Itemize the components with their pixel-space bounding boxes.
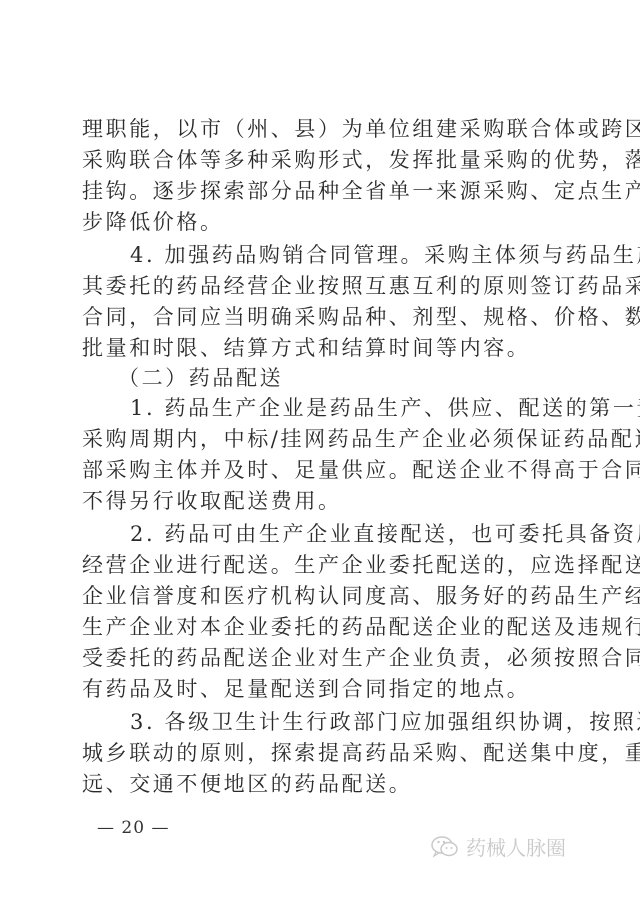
text-line: 其委托的药品经营企业按照互惠互利的原则签订药品采购电子	[82, 271, 558, 301]
text-line: 生产企业对本企业委托的药品配送企业的配送及违规行为负责。	[82, 612, 558, 642]
text-line: 4. 加强药品购销合同管理。采购主体须与药品生产企业或	[130, 240, 558, 270]
text-line: 受委托的药品配送企业对生产企业负责，必须按照合同约定将所	[82, 643, 558, 673]
document-page: 理职能，以市（州、县）为单位组建采购联合体或跨区域组建采购联合体等多种采购形式，…	[0, 0, 640, 905]
text-line: 采购周期内，中标/挂网药品生产企业必须保证药品配送覆盖全	[82, 424, 558, 454]
text-line: 2. 药品可由生产企业直接配送，也可委托具备资质的药品	[130, 519, 558, 549]
watermark-text: 药械人脉圈	[466, 832, 566, 861]
text-line: 3. 各级卫生计生行政部门应加强组织协调，按照远近结合、	[130, 707, 558, 737]
text-line: 部采购主体并及时、足量供应。配送企业不得高于合同价格供货，	[82, 455, 558, 485]
text-line: 经营企业进行配送。生产企业委托配送的，应选择配送能力强、	[82, 550, 558, 580]
page-number: — 20 —	[97, 818, 169, 838]
text-line: 企业信誉度和医疗机构认同度高、服务好的药品生产经营企业，	[82, 581, 558, 611]
text-line: 采购联合体等多种采购形式，发挥批量采购的优势，落实量价	[82, 145, 558, 175]
text-line: 合同，合同应当明确采购品种、剂型、规格、价格、数量、配送	[82, 302, 558, 332]
text-line: 步降低价格。	[82, 207, 558, 237]
watermark: 药械人脉圈	[430, 832, 566, 861]
section-heading: （二）药品配送	[118, 363, 283, 393]
text-line: 城乡联动的原则，探索提高药品采购、配送集中度，重点保障偏	[82, 738, 558, 768]
text-line: 理职能，以市（州、县）为单位组建采购联合体或跨区域组建	[82, 114, 558, 144]
text-line: 远、交通不便地区的药品配送。	[82, 769, 558, 799]
text-line: 1. 药品生产企业是药品生产、供应、配送的第一责任人，	[130, 393, 558, 423]
wechat-icon	[430, 834, 460, 860]
text-line: 有药品及时、足量配送到合同指定的地点。	[82, 674, 558, 704]
text-line: 不得另行收取配送费用。	[82, 486, 558, 516]
text-line: 挂钩。逐步探索部分品种全省单一来源采购、定点生产，进一	[82, 176, 558, 206]
text-line: 批量和时限、结算方式和结算时间等内容。	[82, 333, 558, 363]
